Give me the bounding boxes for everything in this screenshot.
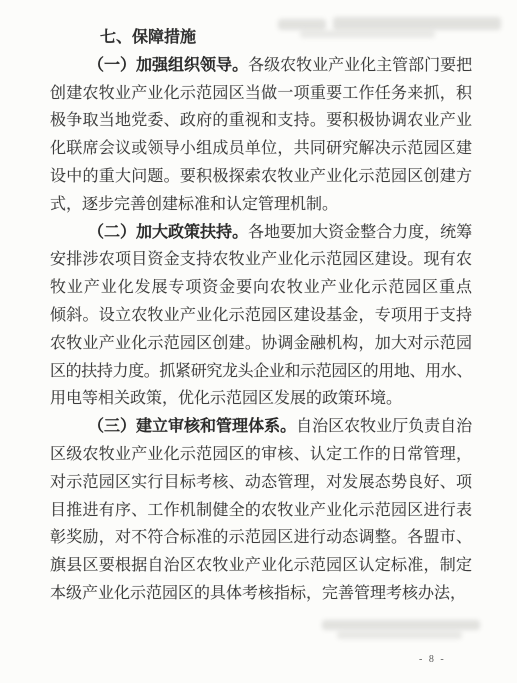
paragraph-1: （一）加强组织领导。各级农牧业产业化主管部门要把 创建农牧业产业化示范园区当做一…: [50, 52, 472, 219]
text-line: 彰奖励，对不符合标准的示范园区进行动态调整。各盟市、: [50, 524, 472, 552]
paragraph-3: （三）建立审核和管理体系。自治区农牧业厅负责自治 区级农牧业产业化示范园区的审核…: [50, 413, 472, 608]
paragraph-3-first-line: （三）建立审核和管理体系。自治区农牧业厅负责自治: [50, 413, 472, 441]
text-line: 牧业产业化发展专项资金要向农牧业产业化示范园区重点: [50, 274, 472, 302]
text-line: 区的扶持力度。抓紧研究龙头企业和示范园区的用地、用水、: [50, 358, 472, 386]
text-line: 安排涉农项目资金支持农牧业产业化示范园区建设。现有农: [50, 246, 472, 274]
text-line: 创建农牧业产业化示范园区当做一项重要工作任务来抓，积: [50, 80, 472, 108]
page-number: - 8 -: [419, 653, 446, 667]
paragraph-1-first-line: （一）加强组织领导。各级农牧业产业化主管部门要把: [50, 52, 472, 80]
document-body: 七、保障措施 （一）加强组织领导。各级农牧业产业化主管部门要把 创建农牧业产业化…: [50, 24, 472, 608]
paragraph-1-bold-lead: （一）加强组织领导。: [88, 57, 248, 74]
text-line: 倾斜。设立农牧业产业化示范园区建设基金，专项用于支持: [50, 302, 472, 330]
text-line: 设中的重大问题。要积极探索农牧业产业化示范园区创建方: [50, 163, 472, 191]
scanned-document-page: 七、保障措施 （一）加强组织领导。各级农牧业产业化主管部门要把 创建农牧业产业化…: [0, 0, 517, 683]
text-line: 式，逐步完善创建标准和认定管理机制。: [50, 191, 472, 219]
paragraph-2-bold-lead: （二）加大政策扶持。: [88, 224, 248, 241]
text-line: 旗县区要根据自治区农牧业产业化示范园区认定标准，制定: [50, 552, 472, 580]
paragraph-2-first-line: （二）加大政策扶持。各地要加大资金整合力度，统筹: [50, 219, 472, 247]
paragraph-3-bold-lead: （三）建立审核和管理体系。: [88, 418, 296, 435]
text-line: 极争取当地党委、政府的重视和支持。要积极协调农业产业: [50, 107, 472, 135]
paragraph-2: （二）加大政策扶持。各地要加大资金整合力度，统筹 安排涉农项目资金支持农牧业产业…: [50, 219, 472, 414]
section-heading: 七、保障措施: [50, 24, 472, 52]
text-line: 农牧业产业化示范园区创建。协调金融机构，加大对示范园: [50, 330, 472, 358]
text-line: 区级农牧业产业化示范园区的审核、认定工作的日常管理，: [50, 441, 472, 469]
paragraph-3-first-line-text: 自治区农牧业厅负责自治: [296, 418, 472, 435]
paragraph-2-first-line-text: 各地要加大资金整合力度，统筹: [248, 224, 472, 241]
text-line: 化联席会议或领导小组成员单位，共同研究解决示范园区建: [50, 135, 472, 163]
ink-bleed-artifact: [322, 620, 480, 630]
text-line: 对示范园区实行目标考核、动态管理，对发展态势良好、项: [50, 469, 472, 497]
paragraph-1-first-line-text: 各级农牧业产业化主管部门要把: [248, 57, 472, 74]
text-line: 目推进有序、工作机制健全的农牧业产业化示范园区进行表: [50, 497, 472, 525]
text-line: 用电等相关政策，优化示范园区发展的政策环境。: [50, 385, 472, 413]
ink-bleed-artifact: [337, 631, 462, 639]
text-line: 本级产业化示范园区的具体考核指标，完善管理考核办法，: [50, 580, 472, 608]
